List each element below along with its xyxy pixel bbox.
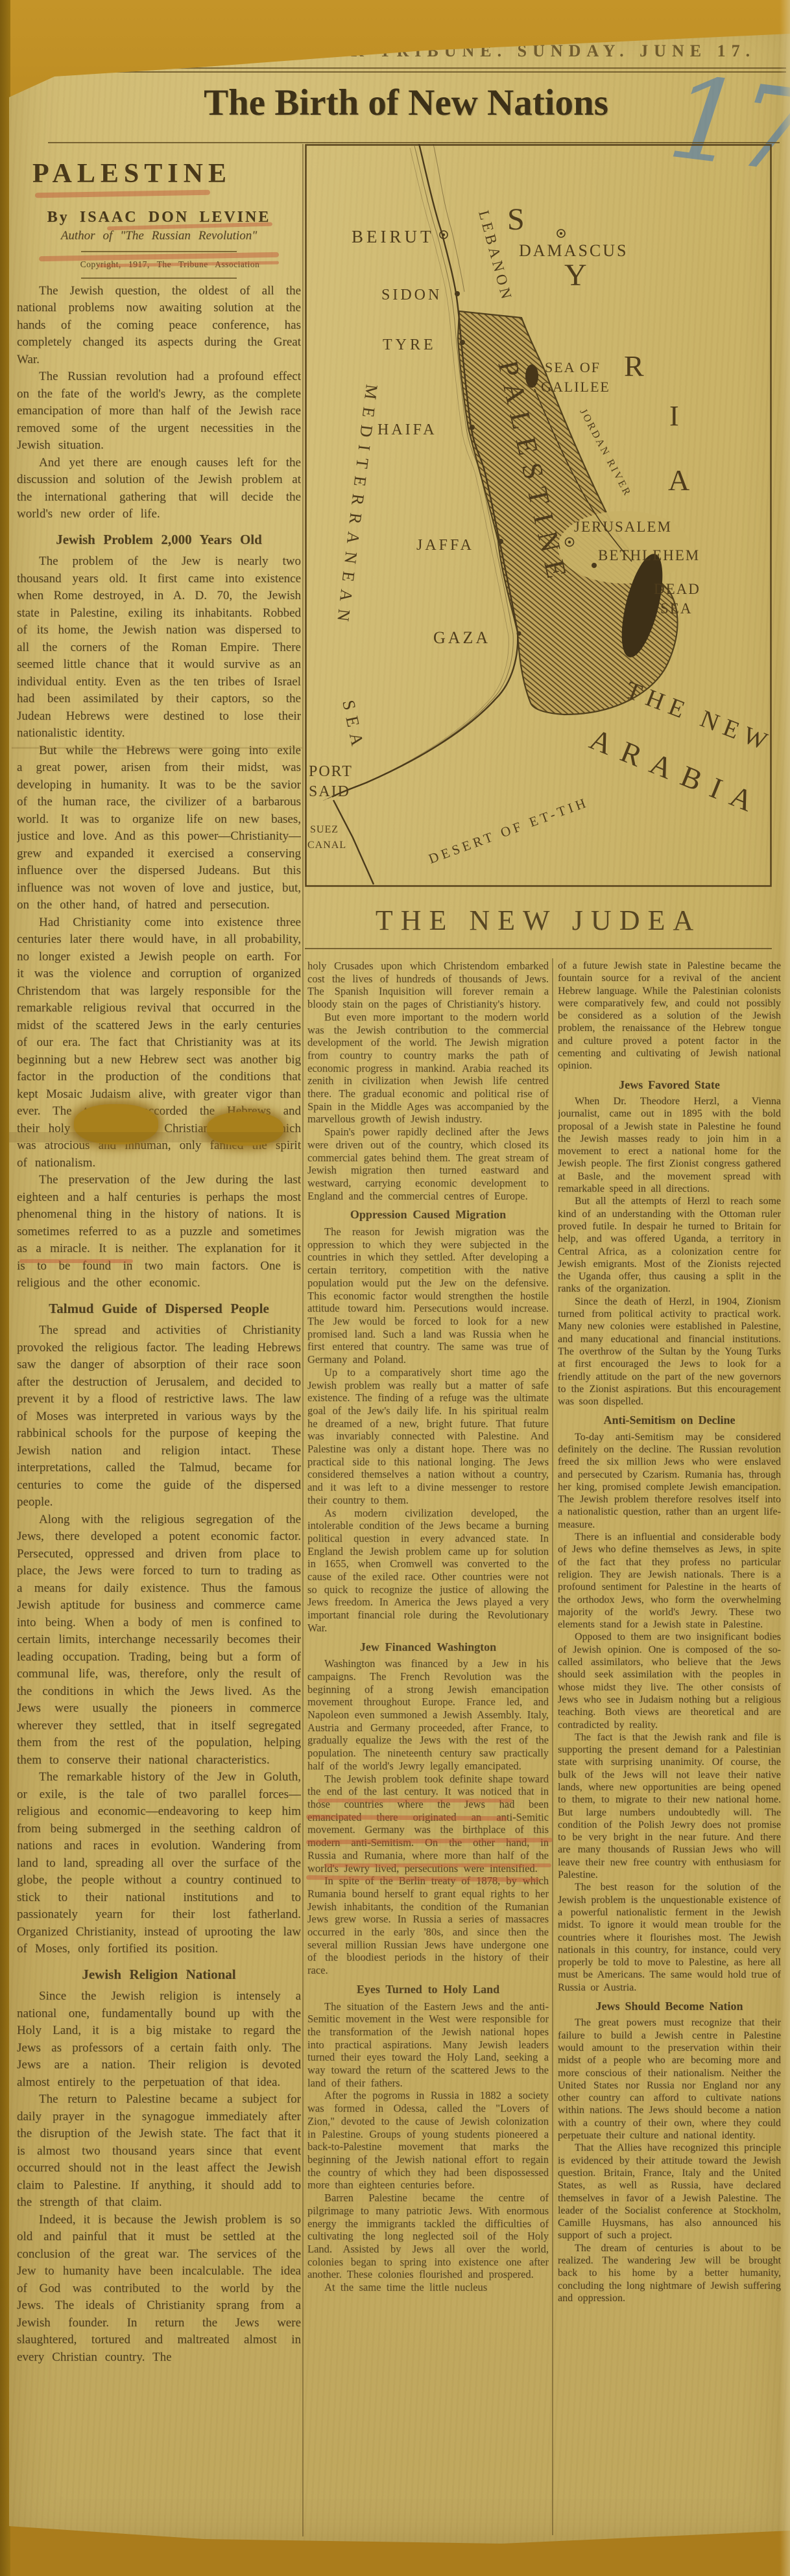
map-label-syria-s: S (507, 202, 525, 237)
headline-rule (48, 142, 780, 143)
article-paragraph: In spite of the Berlin treaty of 1878, b… (307, 1874, 549, 1977)
column-divider (552, 958, 553, 2535)
scrapbook-page: NEW YORK TRIBUNE. SUNDAY. JUNE 17. The B… (0, 0, 790, 2576)
article-paragraph: But all the attempts of Herzl to reach s… (558, 1195, 781, 1295)
article-paragraph: That the Allies have recognized this pri… (558, 2142, 781, 2241)
map-label-syria-r: R (624, 349, 644, 383)
jerusalem-marker-dot (568, 541, 571, 543)
section-subheading: Jewish Problem 2,000 Years Old (17, 531, 301, 549)
map-label-canal: CANAL (307, 840, 346, 851)
gaza-marker (517, 632, 521, 636)
section-subheading: Jew Financed Washington (307, 1641, 549, 1654)
red-pencil-mark (35, 190, 210, 198)
map-label-syria-a: A (668, 464, 689, 497)
map-label-suez: SUEZ (310, 824, 339, 835)
article-paragraph: The remarkable history of the Jew in Gol… (17, 1769, 301, 1958)
map-label-tyre: TYRE (383, 337, 437, 353)
article-paragraph: Spain's power rapidly declined after the… (307, 1126, 549, 1202)
article-column-middle: holy Crusades upon which Christendom emb… (307, 960, 549, 2535)
article-paragraph: Washington was financed by a Jew in his … (307, 1657, 549, 1772)
article-section-title: PALESTINE (32, 158, 232, 189)
article-paragraph: The preservation of the Jew during the l… (17, 1172, 301, 1292)
map-label-syria-i: I (669, 400, 679, 432)
map-label-beirut: BEIRUT (352, 227, 435, 246)
article-paragraph: The dream of centuries is about to be re… (558, 2242, 781, 2304)
article-paragraph: The spread and activities of Christianit… (17, 1322, 301, 1511)
section-subheading: Anti-Semitism on Decline (558, 1414, 781, 1426)
paper-crease (12, 747, 302, 749)
article-paragraph: As modern civilization developed, the in… (307, 1507, 549, 1635)
article-paragraph: The Russian revolution had a profound ef… (17, 368, 301, 455)
section-subheading: Jewish Religion National (17, 1966, 301, 1983)
article-paragraph: The Jewish problem took definite shape t… (307, 1773, 549, 1875)
byline-subtitle: Author of "The Russian Revolution" (17, 228, 301, 245)
article-paragraph: of a future Jewish state in Palestine be… (558, 960, 781, 1072)
divider (81, 278, 237, 279)
red-pencil-mark (318, 1799, 512, 1802)
column-divider (302, 144, 304, 2536)
map-label-said: SAID (309, 783, 350, 800)
article-paragraph: Since the Jewish religion is intensely a… (17, 1988, 301, 2091)
map-label-sea-of: SEA OF (545, 359, 601, 375)
paper-crease (9, 1132, 298, 1142)
article-paragraph: Along with the religious segregation of … (17, 1511, 301, 1769)
map-label-damascus: DAMASCUS (519, 241, 628, 260)
article-paragraph: The Jewish question, the oldest of all t… (17, 283, 301, 369)
map-label-dead: DEAD (654, 581, 700, 597)
article-paragraph: The great powers must recognize that the… (558, 2016, 781, 2142)
caption-rule (305, 948, 772, 949)
map-label-jerusalem: JERUSALEM (574, 519, 672, 535)
red-pencil-mark (324, 1863, 551, 1867)
section-subheading: Eyes Turned to Holy Land (307, 1983, 549, 1996)
map-label-galilee: GALILEE (541, 379, 610, 395)
map-label-desert-et-tih: DESERT OF ET-TIH (427, 794, 591, 867)
page-headline: The Birth of New Nations (35, 82, 777, 124)
article-paragraph: Barren Palestine became the centre of pi… (307, 2192, 549, 2281)
newspaper-clipping: NEW YORK TRIBUNE. SUNDAY. JUNE 17. The B… (9, 12, 790, 2547)
article-paragraph: The reason for Jewish migration was the … (307, 1225, 549, 1366)
masthead-rule-top (16, 67, 786, 69)
article-paragraph: The fact is that the Jewish rank and fil… (558, 1731, 781, 1882)
map-label-syria-y: Y (564, 258, 587, 292)
section-subheading: Oppression Caused Migration (307, 1209, 549, 1222)
sidon-marker (455, 291, 460, 296)
beirut-marker-dot (442, 233, 445, 236)
section-subheading: Jews Should Become Nation (558, 2000, 781, 2013)
article-paragraph: There is an influential and considerable… (558, 1531, 781, 1631)
section-subheading: Talmud Guide of Dispersed People (17, 1300, 301, 1318)
article-column-right: of a future Jewish state in Palestine be… (558, 960, 781, 2535)
article-paragraph: But while the Hebrews were going into ex… (17, 742, 301, 914)
article-paragraph: At the same time the little nucleus (307, 2281, 549, 2294)
masthead-rule-bottom (16, 71, 786, 73)
article-paragraph: The problem of the Jew is nearly two tho… (17, 553, 301, 742)
article-paragraph: The return to Palestine became a subject… (17, 2091, 301, 2212)
article-paragraph: Up to a comparatively short time ago the… (307, 1366, 549, 1507)
article-paragraph: But even more important to the modern wo… (307, 1011, 549, 1126)
map-label-haifa: HAIFA (377, 421, 437, 438)
bethlehem-marker (592, 563, 597, 568)
article-paragraph: holy Crusades upon which Christendom emb… (307, 960, 549, 1011)
album-page-edge (780, 0, 790, 2576)
red-pencil-mark (19, 1259, 133, 1263)
article-paragraph: After the pogroms in Russia in 1882 a so… (307, 2089, 549, 2192)
map-caption: THE NEW JUDEA (305, 904, 772, 937)
map-label-sidon: SIDON (381, 287, 442, 303)
map-label-port: PORT (309, 763, 353, 780)
article-paragraph: Indeed, it is because the Jewish problem… (17, 2212, 301, 2367)
map-label-dead-sea: SEA (660, 600, 692, 617)
map-label-sea: SEA (339, 698, 368, 753)
map-label-gaza: GAZA (433, 628, 490, 647)
article-paragraph: And yet there are enough causes left for… (17, 455, 301, 523)
map-new-judea: BEIRUT SIDON TYRE HAIFA JAFFA GAZA DAMAS… (305, 144, 772, 887)
article-paragraph: To-day anti-Semitism may be considered d… (558, 1431, 781, 1531)
jaffa-marker (498, 539, 503, 544)
divider (81, 251, 237, 252)
article-paragraph: When Dr. Theodore Herzl, a Vienna journa… (558, 1095, 781, 1195)
article-paragraph: The situation of the Eastern Jews and th… (307, 2000, 549, 2090)
album-binding-edge (0, 0, 10, 2576)
section-subheading: Jews Favored State (558, 1079, 781, 1091)
map-label-jaffa: JAFFA (416, 537, 474, 554)
article-paragraph: Since the death of Herzl, in 1904, Zioni… (558, 1295, 781, 1408)
map-label-mediterranean: MEDITERRANEAN (333, 383, 381, 630)
article-paragraph: The best reason for the solution of the … (558, 1881, 781, 1994)
article-paragraph: Opposed to them are two insignificant bo… (558, 1631, 781, 1731)
map-label-bethlehem: BETHLEHEM (598, 547, 700, 563)
article-column-left: By ISAAC DON LEVINE Author of "The Russi… (17, 206, 301, 2534)
damascus-marker-dot (560, 232, 562, 235)
tyre-marker (460, 340, 465, 345)
haifa-marker (470, 425, 475, 430)
